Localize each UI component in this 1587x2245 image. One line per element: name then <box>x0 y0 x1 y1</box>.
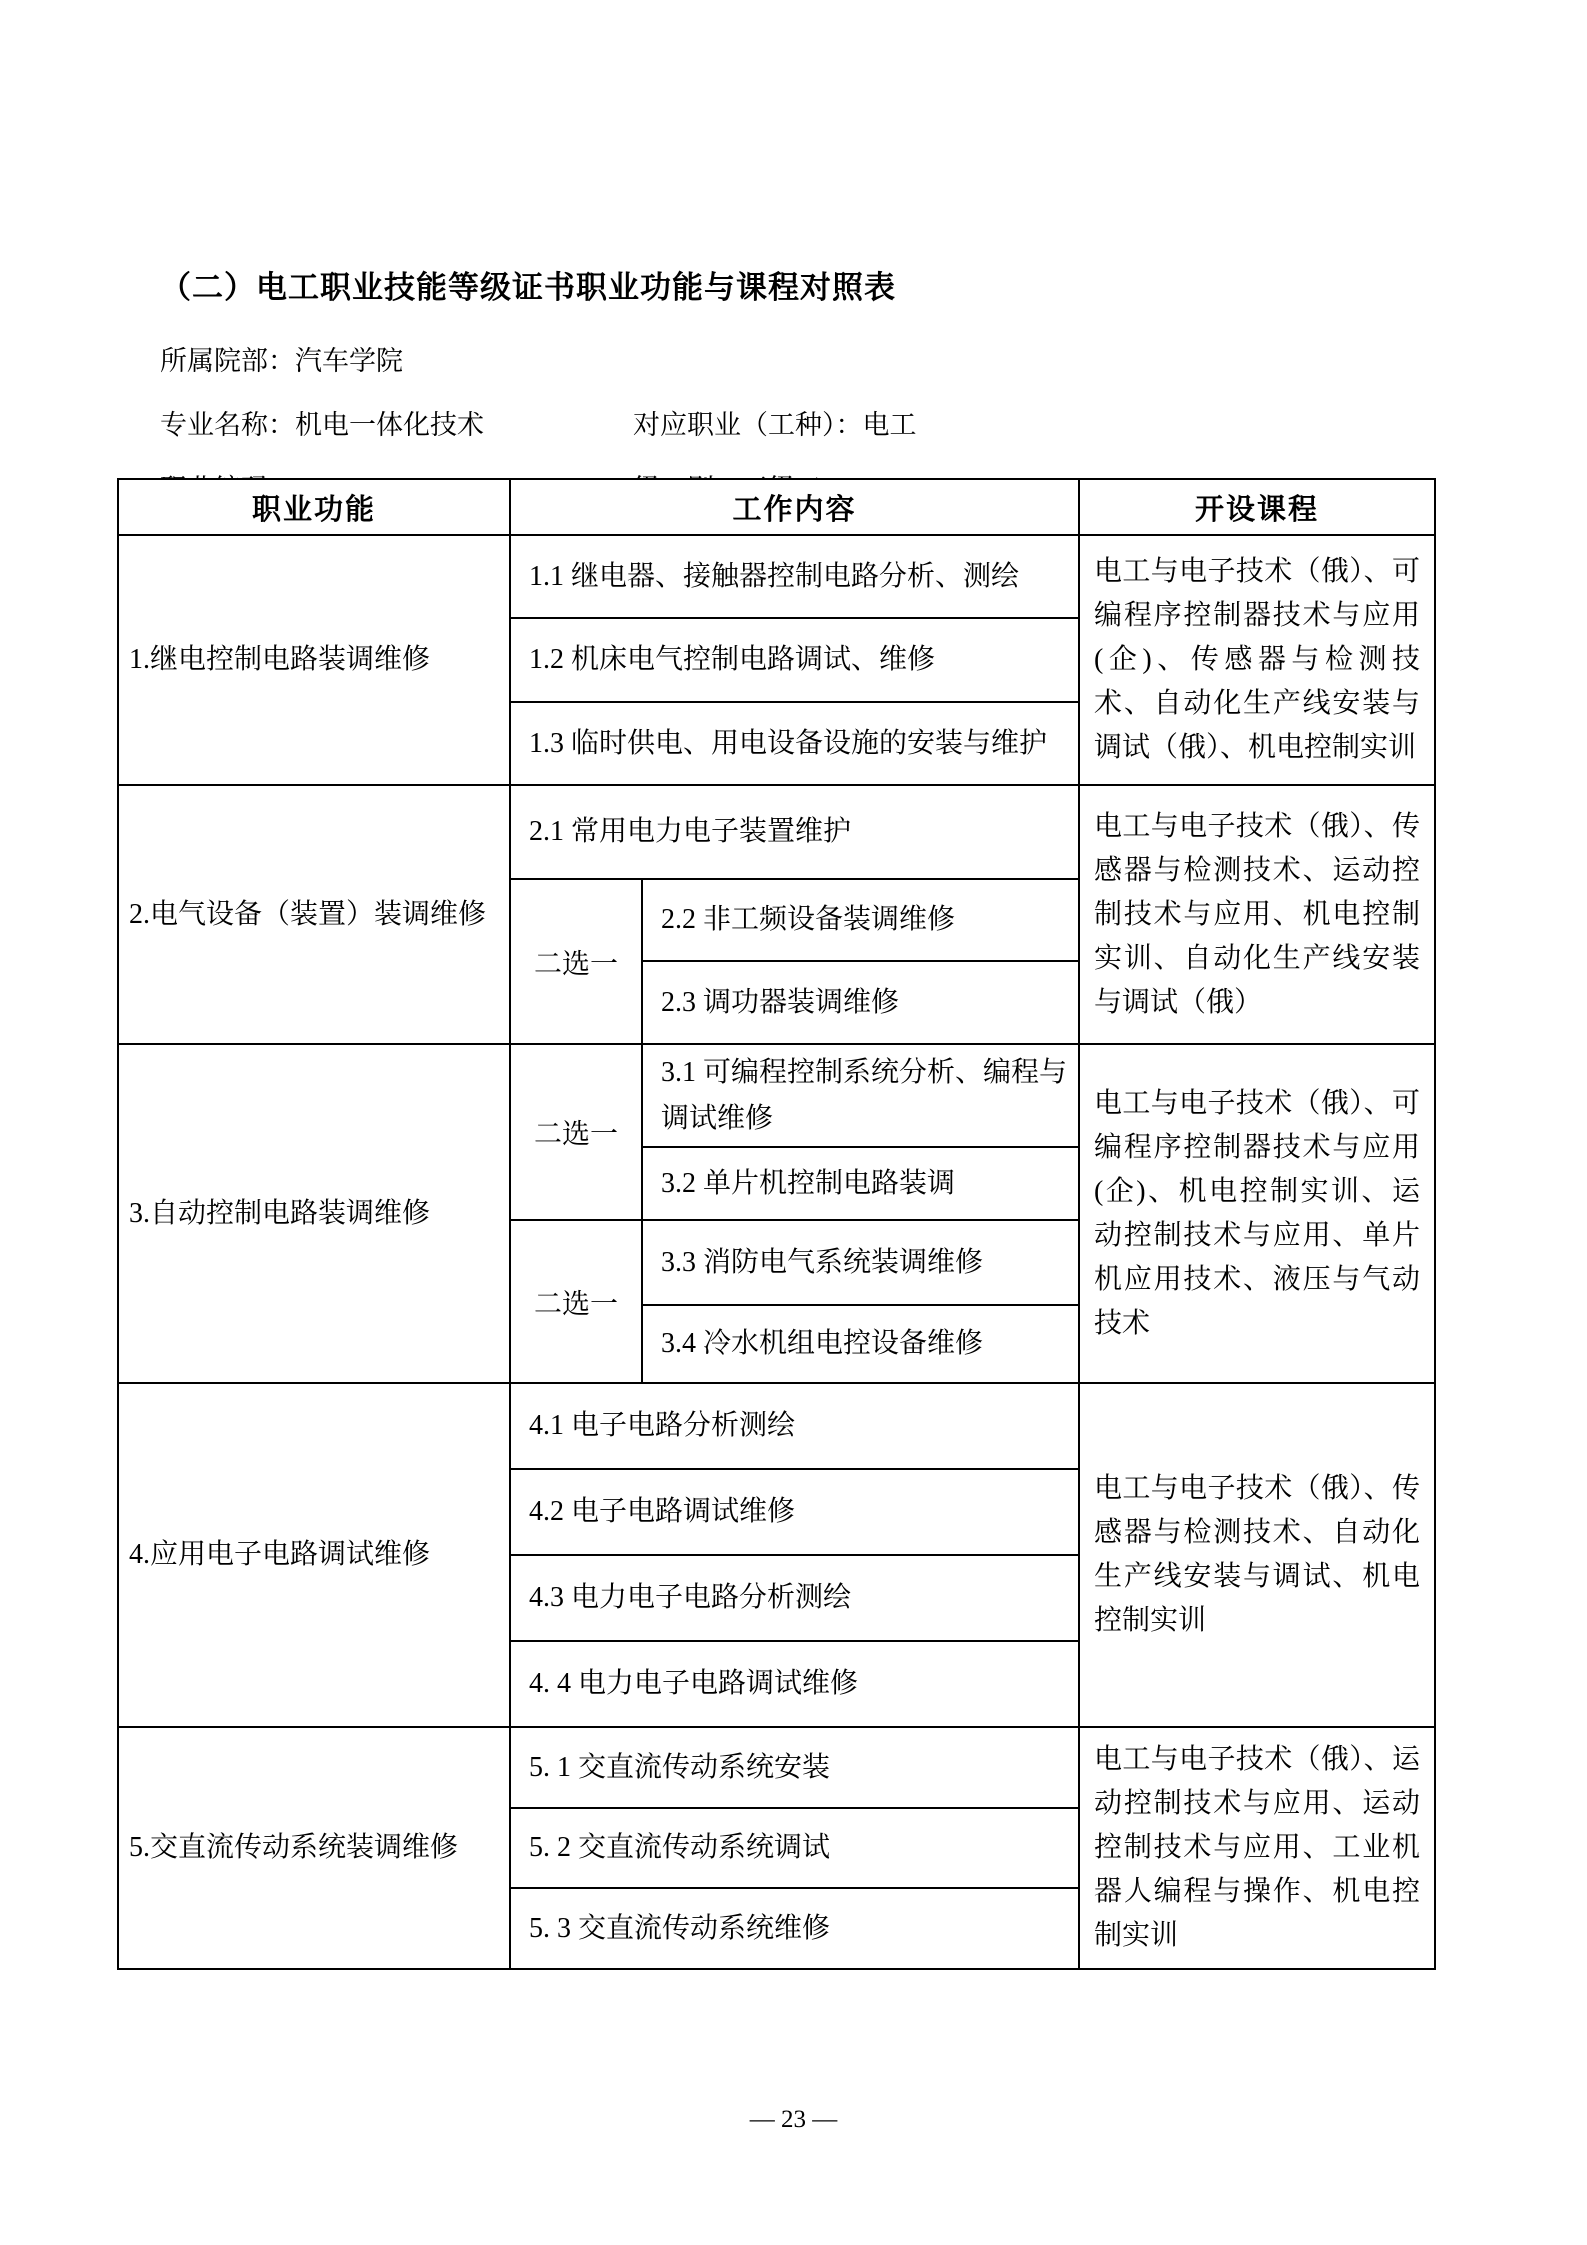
choose-one-cell: 二选一 <box>510 1220 642 1383</box>
function-cell: 5.交直流传动系统装调维修 <box>118 1727 510 1969</box>
table-row: 1.继电控制电路装调维修 1.1 继电器、接触器控制电路分析、测绘 电工与电子技… <box>118 535 1435 618</box>
courses-cell: 电工与电子技术（俄）、可编程序控制器技术与应用(企)、传感器与检测技术、自动化生… <box>1079 535 1435 785</box>
occupation-pair: 对应职业（工种）：电工 <box>633 405 917 445</box>
table-row: 4.应用电子电路调试维修 4.1 电子电路分析测绘 电工与电子技术（俄）、传感器… <box>118 1383 1435 1469</box>
work-item-cell: 3.1 可编程控制系统分析、编程与调试维修 <box>642 1044 1079 1147</box>
work-item-cell: 4.2 电子电路调试维修 <box>510 1469 1079 1555</box>
work-item-cell: 4.3 电力电子电路分析测绘 <box>510 1555 1079 1641</box>
table-row: 5.交直流传动系统装调维修 5. 1 交直流传动系统安装 电工与电子技术（俄）、… <box>118 1727 1435 1808</box>
comparison-table: 职业功能 工作内容 开设课程 1.继电控制电路装调维修 1.1 继电器、接触器控… <box>117 478 1436 1970</box>
table-row: 3.自动控制电路装调维修 二选一 3.1 可编程控制系统分析、编程与调试维修 电… <box>118 1044 1435 1147</box>
courses-cell: 电工与电子技术（俄）、可编程序控制器技术与应用(企)、机电控制实训、运动控制技术… <box>1079 1044 1435 1383</box>
choose-one-cell: 二选一 <box>510 879 642 1044</box>
work-item-cell: 4. 4 电力电子电路调试维修 <box>510 1641 1079 1727</box>
department-pair: 所属院部：汽车学院 <box>160 341 403 381</box>
meta-line-major: 专业名称：机电一体化技术对应职业（工种）：电工 <box>160 405 1460 445</box>
header-courses: 开设课程 <box>1079 479 1435 535</box>
work-item-cell: 4.1 电子电路分析测绘 <box>510 1383 1079 1469</box>
table-header-row: 职业功能 工作内容 开设课程 <box>118 479 1435 535</box>
work-item-cell: 5. 3 交直流传动系统维修 <box>510 1888 1079 1969</box>
function-cell: 4.应用电子电路调试维修 <box>118 1383 510 1727</box>
occupation-value: 电工 <box>863 410 917 440</box>
courses-cell: 电工与电子技术（俄）、运动控制技术与应用、运动控制技术与应用、工业机器人编程与操… <box>1079 1727 1435 1969</box>
courses-cell: 电工与电子技术（俄）、传感器与检测技术、运动控制技术与应用、机电控制实训、自动化… <box>1079 785 1435 1044</box>
function-cell: 1.继电控制电路装调维修 <box>118 535 510 785</box>
document-header: （二）电工职业技能等级证书职业功能与课程对照表 所属院部：汽车学院 专业名称：机… <box>160 262 1460 509</box>
work-item-cell: 5. 1 交直流传动系统安装 <box>510 1727 1079 1808</box>
choose-one-cell: 二选一 <box>510 1044 642 1220</box>
header-function: 职业功能 <box>118 479 510 535</box>
document-page: （二）电工职业技能等级证书职业功能与课程对照表 所属院部：汽车学院 专业名称：机… <box>0 0 1587 2245</box>
occupation-label: 对应职业（工种）： <box>633 410 863 440</box>
function-cell: 3.自动控制电路装调维修 <box>118 1044 510 1383</box>
major-pair: 专业名称：机电一体化技术 <box>160 405 633 445</box>
work-item-cell: 3.4 冷水机组电控设备维修 <box>642 1305 1079 1383</box>
header-work-content: 工作内容 <box>510 479 1079 535</box>
work-item-cell: 1.3 临时供电、用电设备设施的安装与维护 <box>510 702 1079 785</box>
work-item-cell: 1.2 机床电气控制电路调试、维修 <box>510 618 1079 702</box>
courses-cell: 电工与电子技术（俄）、传感器与检测技术、自动化生产线安装与调试、机电控制实训 <box>1079 1383 1435 1727</box>
page-number: — 23 — <box>0 2106 1587 2134</box>
work-item-cell: 5. 2 交直流传动系统调试 <box>510 1808 1079 1888</box>
work-item-cell: 2.3 调功器装调维修 <box>642 961 1079 1044</box>
page-title: （二）电工职业技能等级证书职业功能与课程对照表 <box>160 262 1460 307</box>
department-label: 所属院部： <box>160 346 295 376</box>
work-item-cell: 1.1 继电器、接触器控制电路分析、测绘 <box>510 535 1079 618</box>
major-label: 专业名称： <box>160 410 295 440</box>
work-item-cell: 3.3 消防电气系统装调维修 <box>642 1220 1079 1305</box>
department-value: 汽车学院 <box>295 346 403 376</box>
work-item-cell: 2.1 常用电力电子装置维护 <box>510 785 1079 879</box>
meta-line-department: 所属院部：汽车学院 <box>160 341 1460 381</box>
function-cell: 2.电气设备（装置）装调维修 <box>118 785 510 1044</box>
major-value: 机电一体化技术 <box>295 410 484 440</box>
table-row: 2.电气设备（装置）装调维修 2.1 常用电力电子装置维护 电工与电子技术（俄）… <box>118 785 1435 879</box>
work-item-cell: 3.2 单片机控制电路装调 <box>642 1147 1079 1220</box>
work-item-cell: 2.2 非工频设备装调维修 <box>642 879 1079 961</box>
